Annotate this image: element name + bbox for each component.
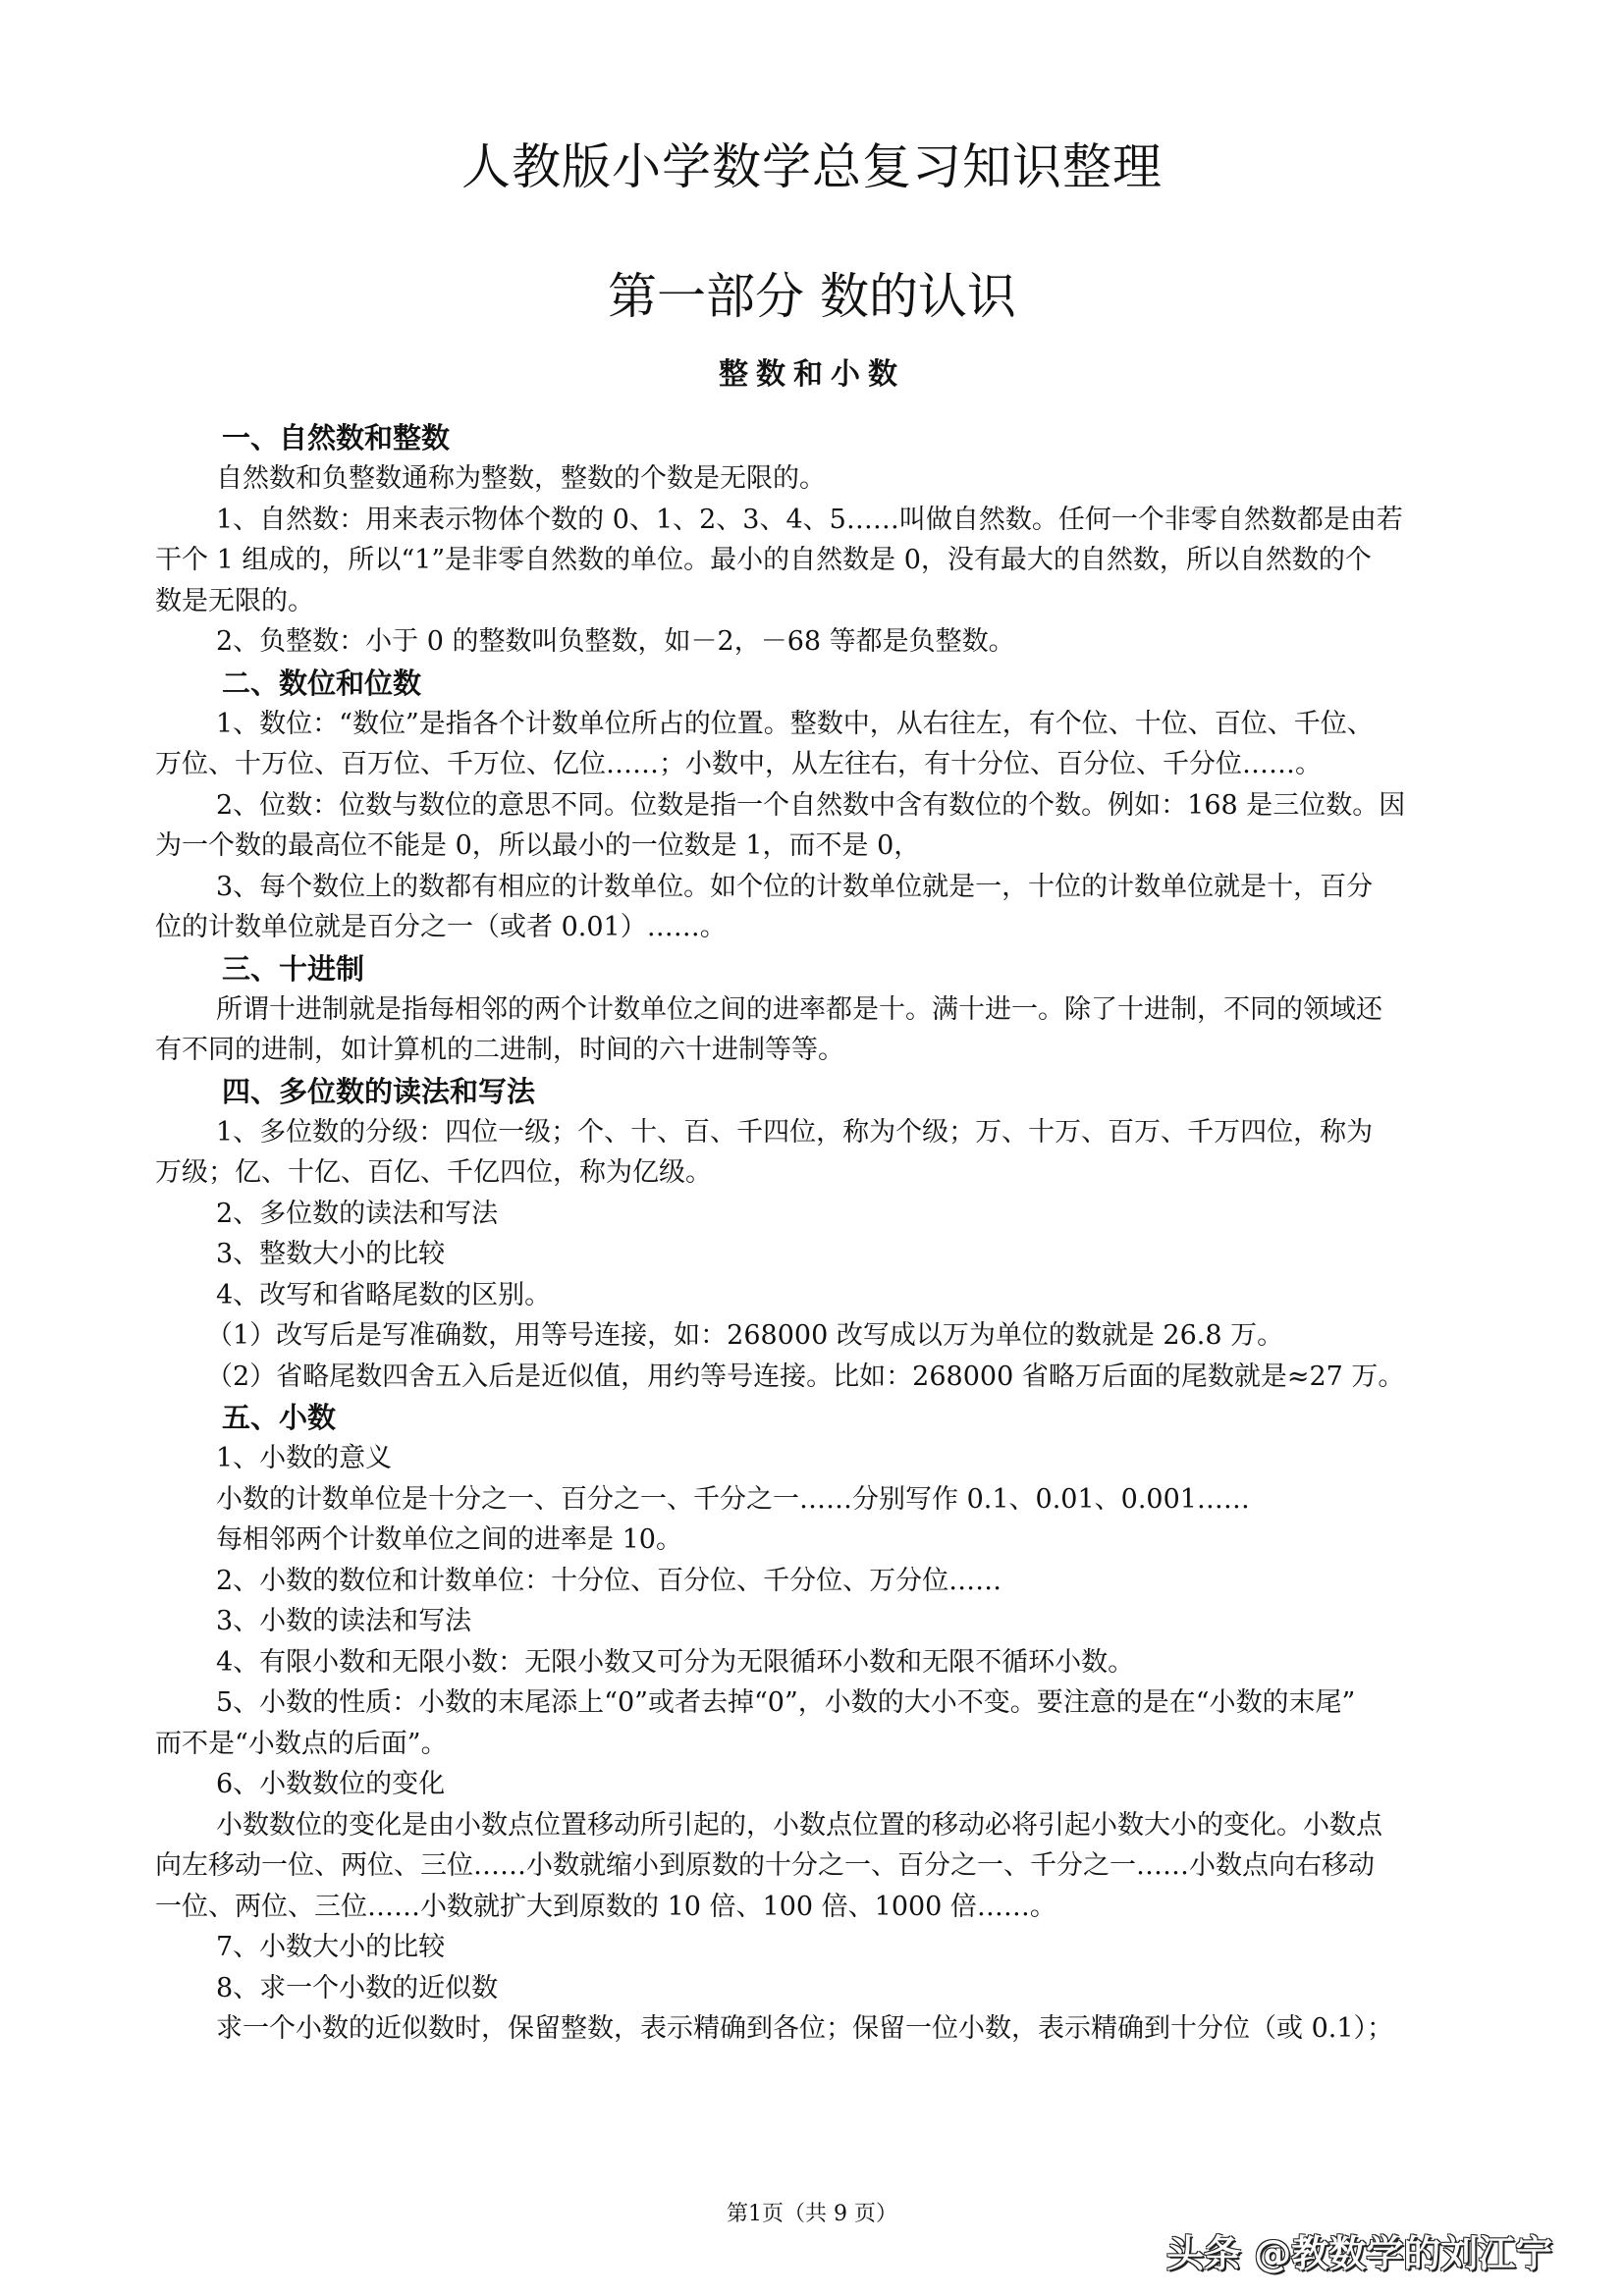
- paragraph-line: 1、小数的意义: [155, 1438, 1476, 1479]
- paragraph-line: （1）改写后是写准确数，用等号连接，如：268000 改写成以万为单位的数就是 …: [155, 1315, 1476, 1357]
- paragraph-line: 2、多位数的读法和写法: [155, 1194, 1476, 1235]
- paragraph-line: 2、位数：位数与数位的意思不同。位数是指一个自然数中含有数位的个数。例如：168…: [155, 785, 1476, 827]
- paragraph-line: 一位、两位、三位……小数就扩大到原数的 10 倍、100 倍、1000 倍……。: [155, 1887, 1476, 1928]
- paragraph-line: 2、负整数：小于 0 的整数叫负整数，如－2，－68 等都是负整数。: [155, 621, 1476, 663]
- paragraph-line: 小数的计数单位是十分之一、百分之一、千分之一……分别写作 0.1、0.01、0.…: [155, 1479, 1476, 1521]
- section-heading: 五、小数: [155, 1397, 1476, 1438]
- section-heading: 一、自然数和整数: [155, 417, 1476, 458]
- paragraph-line: 向左移动一位、两位、三位……小数就缩小到原数的十分之一、百分之一、千分之一……小…: [155, 1845, 1476, 1887]
- paragraph-line: 2、小数的数位和计数单位：十分位、百分位、千分位、万分位……: [155, 1561, 1476, 1602]
- paragraph-line: 3、小数的读法和写法: [155, 1601, 1476, 1642]
- document-body: 一、自然数和整数 自然数和负整数通称为整数，整数的个数是无限的。 1、自然数：用…: [155, 417, 1476, 2050]
- paragraph-line: 求一个小数的近似数时，保留整数，表示精确到各位；保留一位小数，表示精确到十分位（…: [155, 2008, 1476, 2050]
- watermark-text: 头条 @教数学的刘江宁: [1166, 2223, 1552, 2277]
- paragraph-line: 有不同的进制，如计算机的二进制，时间的六十进制等等。: [155, 1030, 1476, 1071]
- paragraph-line: 数是无限的。: [155, 581, 1476, 622]
- paragraph-line: 所谓十进制就是指每相邻的两个计数单位之间的进率都是十。满十进一。除了十进制，不同…: [155, 989, 1476, 1031]
- part-title: 第一部分 数的认识: [0, 257, 1624, 328]
- paragraph-line: 5、小数的性质：小数的末尾添上“0”或者去掉“0”，小数的大小不变。要注意的是在…: [155, 1682, 1476, 1724]
- paragraph-line: 每相邻两个计数单位之间的进率是 10。: [155, 1520, 1476, 1561]
- paragraph-line: 万位、十万位、百万位、千万位、亿位……；小数中，从左往右，有十分位、百分位、千分…: [155, 744, 1476, 785]
- chapter-title: 整数和小数: [0, 349, 1624, 393]
- paragraph-line: 1、自然数：用来表示物体个数的 0、1、2、3、4、5……叫做自然数。任何一个非…: [155, 500, 1476, 541]
- paragraph-line: 3、整数大小的比较: [155, 1234, 1476, 1275]
- paragraph-line: 位的计数单位就是百分之一（或者 0.01）……。: [155, 907, 1476, 948]
- document-page: 人教版小学数学总复习知识整理 第一部分 数的认识 整数和小数 一、自然数和整数 …: [0, 0, 1624, 2296]
- paragraph-line: 干个 1 组成的，所以“1”是非零自然数的单位。最小的自然数是 0，没有最大的自…: [155, 540, 1476, 581]
- paragraph-line: 1、多位数的分级：四位一级；个、十、百、千四位，称为个级；万、十万、百万、千万四…: [155, 1112, 1476, 1153]
- section-heading: 四、多位数的读法和写法: [155, 1071, 1476, 1112]
- paragraph-line: 6、小数数位的变化: [155, 1764, 1476, 1805]
- paragraph-line: （2）省略尾数四舍五入后是近似值，用约等号连接。比如：268000 省略万后面的…: [155, 1357, 1476, 1398]
- document-title: 人教版小学数学总复习知识整理: [0, 128, 1624, 198]
- paragraph-line: 而不是“小数点的后面”。: [155, 1724, 1476, 1765]
- paragraph-line: 4、有限小数和无限小数：无限小数又可分为无限循环小数和无限不循环小数。: [155, 1642, 1476, 1683]
- paragraph-line: 4、改写和省略尾数的区别。: [155, 1275, 1476, 1316]
- paragraph-line: 8、求一个小数的近似数: [155, 1968, 1476, 2009]
- paragraph-line: 小数数位的变化是由小数点位置移动所引起的，小数点位置的移动必将引起小数大小的变化…: [155, 1805, 1476, 1846]
- section-heading: 三、十进制: [155, 948, 1476, 989]
- paragraph-line: 万级；亿、十亿、百亿、千亿四位，称为亿级。: [155, 1152, 1476, 1194]
- paragraph-line: 1、数位：“数位”是指各个计数单位所占的位置。整数中，从右往左，有个位、十位、百…: [155, 704, 1476, 745]
- paragraph-line: 自然数和负整数通称为整数，整数的个数是无限的。: [155, 458, 1476, 500]
- section-heading: 二、数位和位数: [155, 663, 1476, 704]
- paragraph-line: 3、每个数位上的数都有相应的计数单位。如个位的计数单位就是一，十位的计数单位就是…: [155, 867, 1476, 908]
- paragraph-line: 为一个数的最高位不能是 0，所以最小的一位数是 1，而不是 0，: [155, 826, 1476, 867]
- paragraph-line: 7、小数大小的比较: [155, 1927, 1476, 1968]
